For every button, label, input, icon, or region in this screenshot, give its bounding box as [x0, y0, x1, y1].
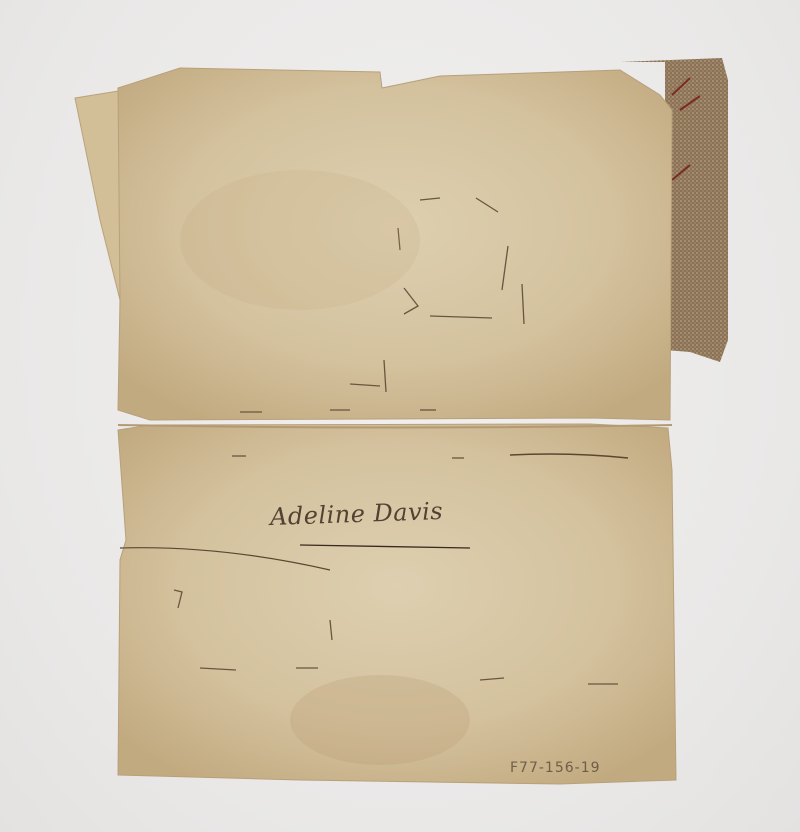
document-illustration [0, 0, 800, 832]
left-flap [75, 90, 125, 300]
photo-background: Adeline Davis F77-156-19 [0, 0, 800, 832]
accession-number: F77-156-19 [510, 760, 601, 776]
